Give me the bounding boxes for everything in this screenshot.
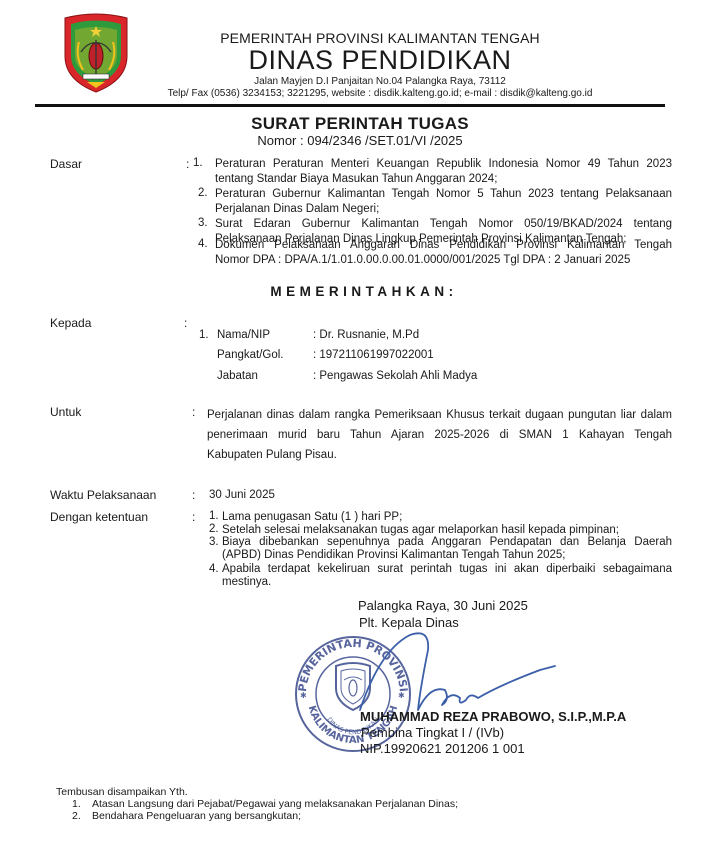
letterhead-government: PEMERINTAH PROVINSI KALIMANTAN TENGAH bbox=[0, 30, 720, 46]
waktu-label: Waktu Pelaksanaan bbox=[50, 488, 156, 502]
dasar-item-text: Peraturan Peraturan Menteri Keuangan Rep… bbox=[215, 157, 672, 187]
untuk-line: Perjalanan dinas dalam rangka Pemeriksaa… bbox=[207, 405, 672, 425]
field-value-pangkat: : 197211061997022001 bbox=[313, 348, 434, 363]
dasar-label: Dasar bbox=[50, 157, 82, 171]
handwritten-signature bbox=[350, 630, 570, 720]
dasar-item-line: Perjalanan Dinas Dalam Negeri; bbox=[215, 202, 672, 217]
dasar-item-line: Dokumen Pelaksanaan Anggaran Dinas Pendi… bbox=[215, 238, 672, 253]
signatory-rank: Pembina Tingkat I / (IVb) bbox=[361, 725, 504, 740]
ketentuan-item-text: Biaya dibebankan sepenuhnya pada Anggara… bbox=[222, 536, 672, 562]
dasar-item-line: tentang Standar Biaya Masukan Tahun Angg… bbox=[215, 172, 672, 187]
ketentuan-item-number: 4. bbox=[209, 563, 219, 575]
dasar-item-line: Peraturan Peraturan Menteri Keuangan Rep… bbox=[215, 157, 672, 172]
document-number: Nomor : 094/2346 /SET.01/VI /2025 bbox=[0, 133, 720, 148]
signatory-name: MUHAMMAD REZA PRABOWO, S.I.P.,M.P.A bbox=[360, 709, 626, 724]
untuk-text: Perjalanan dinas dalam rangka Pemeriksaa… bbox=[207, 405, 672, 465]
letterhead-address: Jalan Mayjen D.I Panjaitan No.04 Palangk… bbox=[0, 76, 720, 87]
kepada-label: Kepada bbox=[50, 316, 91, 330]
tembusan-item-text: Atasan Langsung dari Pejabat/Pegawai yan… bbox=[92, 798, 458, 810]
field-value-nama: : Dr. Rusnanie, M.Pd bbox=[313, 328, 419, 343]
letterhead-contact: Telp/ Fax (0536) 3234153; 3221295, websi… bbox=[0, 88, 720, 99]
ketentuan-item-line: Apabila terdapat kekeliruan surat perint… bbox=[222, 563, 672, 576]
svg-text:✱: ✱ bbox=[300, 691, 307, 700]
waktu-value: 30 Juni 2025 bbox=[209, 488, 275, 503]
tembusan-label: Tembusan disampaikan Yth. bbox=[56, 786, 188, 798]
ketentuan-item-text: Apabila terdapat kekeliruan surat perint… bbox=[222, 563, 672, 589]
dasar-item-number: 3. bbox=[198, 217, 208, 229]
document-title: SURAT PERINTAH TUGAS bbox=[0, 114, 720, 134]
dasar-colon: : bbox=[186, 157, 189, 171]
recipient-number: 1. bbox=[199, 328, 209, 343]
tembusan-item-text: Bendahara Pengeluaran yang bersangkutan; bbox=[92, 810, 301, 822]
ketentuan-item-number: 3. bbox=[209, 536, 219, 548]
dasar-item-text: Dokumen Pelaksanaan Anggaran Dinas Pendi… bbox=[215, 238, 672, 268]
ketentuan-label: Dengan ketentuan bbox=[50, 510, 148, 524]
signature-place-date: Palangka Raya, 30 Juni 2025 bbox=[358, 598, 528, 613]
ketentuan-colon: : bbox=[192, 510, 195, 524]
ketentuan-item-number: 2. bbox=[209, 523, 219, 535]
dasar-item-number: 4. bbox=[198, 238, 208, 250]
field-key-jabatan: Jabatan bbox=[217, 369, 258, 384]
ketentuan-item-line: Biaya dibebankan sepenuhnya pada Anggara… bbox=[222, 536, 672, 549]
dasar-item-number: 2. bbox=[198, 187, 208, 199]
untuk-line: Kabupaten Pulang Pisau. bbox=[207, 445, 672, 465]
tembusan-item-number: 2. bbox=[72, 810, 81, 822]
ketentuan-item-line: (APBD) Dinas Pendidikan Provinsi Kaliman… bbox=[222, 549, 672, 562]
dasar-item-text: Peraturan Gubernur Kalimantan Tengah Nom… bbox=[215, 187, 672, 217]
memerintahkan-heading: MEMERINTAHKAN: bbox=[0, 284, 720, 299]
untuk-line: penerimaan murid baru Tahun Ajaran 2025-… bbox=[207, 425, 672, 445]
dasar-item-line: Peraturan Gubernur Kalimantan Tengah Nom… bbox=[215, 187, 672, 202]
tembusan-item-number: 1. bbox=[72, 798, 81, 810]
signatory-nip: NIP.19920621 201206 1 001 bbox=[360, 741, 525, 756]
dasar-item-line: Surat Edaran Gubernur Kalimantan Tengah … bbox=[215, 217, 672, 232]
letterhead-divider bbox=[35, 104, 665, 107]
ketentuan-item-line: mestinya. bbox=[222, 576, 672, 589]
dasar-item-line: Nomor DPA : DPA/A.1/1.01.0.00.0.00.01.00… bbox=[215, 253, 672, 268]
letterhead-agency: DINAS PENDIDIKAN bbox=[0, 45, 720, 76]
field-key-pangkat: Pangkat/Gol. bbox=[217, 348, 283, 363]
field-key-nama: Nama/NIP bbox=[217, 328, 270, 343]
field-value-jabatan: : Pengawas Sekolah Ahli Madya bbox=[313, 369, 477, 384]
waktu-colon: : bbox=[192, 488, 195, 502]
kepada-colon: : bbox=[184, 316, 187, 330]
untuk-label: Untuk bbox=[50, 405, 81, 419]
ketentuan-item-number: 1. bbox=[209, 510, 219, 522]
untuk-colon: : bbox=[192, 405, 195, 419]
dasar-item-number: 1. bbox=[193, 157, 203, 169]
